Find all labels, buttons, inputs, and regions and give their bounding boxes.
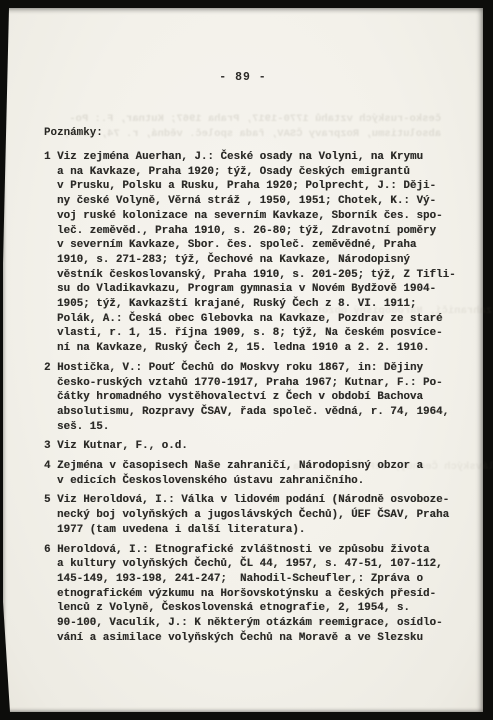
footnote-line: v edicích Československého ústavu zahran… — [44, 474, 469, 489]
footnote-line: 3 Viz Kutnar, F., o.d. — [44, 439, 469, 454]
footnote-line: 5 Viz Heroldová, I.: Válka v lidovém pod… — [44, 493, 469, 508]
footnote-line: necký boj volyňských a jugoslávských Čec… — [44, 508, 469, 523]
footnote-line: seš. 15. — [44, 420, 469, 435]
footnote-line: v severním Kavkaze, Sbor. čes. společ. z… — [44, 238, 469, 253]
footnote-line: věstník českoslovanský, Praha 1910, s. 2… — [44, 268, 469, 283]
section-title: Poznámky: — [44, 127, 103, 139]
footnote-line: 90-100, Vaculík, J.: K některým otázkám … — [44, 616, 469, 631]
footnote-line: 1977 (tam uvedena i další literatura). — [44, 523, 469, 538]
footnotes: 1 Viz zejména Auerhan, J.: České osady n… — [44, 150, 469, 651]
footnote-line: 6 Heroldová, I.: Etnografické zvláštnost… — [44, 543, 469, 558]
footnote-line: 145-149, 193-198, 241-247; Nahodil-Scheu… — [44, 572, 469, 587]
footnote-line: etnografickém výzkumu na Horšovskotýnsku… — [44, 587, 469, 602]
footnote-line: vání a asimilace volyňských Čechů na Mor… — [44, 631, 469, 646]
bleedthrough-text: česko-ruských vztahů 1770-1917, Praha 19… — [63, 112, 441, 141]
footnote-line: 1910, s. 271-283; týž, Čechové na Kavkaz… — [44, 253, 469, 268]
footnote-line: 4 Zejména v časopisech Naše zahraničí, N… — [44, 459, 469, 474]
footnote-line: voj ruské kolonizace na severním Kavkaze… — [44, 209, 469, 224]
footnote-line: ny české Volyně, Věrná stráž , 1950, 195… — [44, 194, 469, 209]
footnote-line: leč. zeměvěd., Praha 1910, s. 26-80; týž… — [44, 224, 469, 239]
scan-shadow-wedge — [3, 8, 9, 263]
footnote: 4 Zejména v časopisech Naše zahraničí, N… — [44, 459, 469, 488]
footnote-line: v Prusku, Polsku a Rusku, Praha 1920; Po… — [44, 179, 469, 194]
footnote-line: Polák, A.: Česká obec Glebovka na Kavkaz… — [44, 312, 469, 327]
footnote-line: absolutismu, Rozpravy ČSAV, řada společ.… — [44, 405, 469, 420]
footnote: 1 Viz zejména Auerhan, J.: České osady n… — [44, 150, 469, 356]
book-page: česko-ruských vztahů 1770-1917, Praha 19… — [3, 8, 483, 712]
footnote-line: čátky hromadného vystěhovalectví z Čech … — [44, 390, 469, 405]
footnote: 3 Viz Kutnar, F., o.d. — [44, 439, 469, 454]
footnote: 6 Heroldová, I.: Etnografické zvláštnost… — [44, 543, 469, 646]
scan-shadow-wedge — [3, 602, 10, 712]
footnote: 2 Hostička, V.: Pouť Čechů do Moskvy rok… — [44, 361, 469, 435]
page-number: - 89 - — [3, 71, 483, 84]
footnote-line: vlasti, r. 1, 15. října 1909, s. 8; týž,… — [44, 326, 469, 341]
footnote-line: 2 Hostička, V.: Pouť Čechů do Moskvy rok… — [44, 361, 469, 376]
footnote-line: su do Vladikavkazu, Program gymnasia v N… — [44, 282, 469, 297]
footnote-line: 1905; týž, Kavkazští krajané, Ruský Čech… — [44, 297, 469, 312]
footnote-line: a na Kavkaze, Praha 1920; týž, Osady čes… — [44, 165, 469, 180]
footnote-line: a kultury volyňských Čechů, ČL 44, 1957,… — [44, 557, 469, 572]
footnote-line: 1 Viz zejména Auerhan, J.: České osady n… — [44, 150, 469, 165]
footnote: 5 Viz Heroldová, I.: Válka v lidovém pod… — [44, 493, 469, 537]
footnote-line: česko-ruských vztahů 1770-1917, Praha 19… — [44, 376, 469, 391]
scan-background: { "colors": { "paper": "#f4f2ec", "ink":… — [0, 0, 493, 720]
footnote-line: lenců z Volyně, Československá etnografi… — [44, 601, 469, 616]
footnote-line: ní na Kavkaze, Ruský Čech 2, 15. ledna 1… — [44, 341, 469, 356]
